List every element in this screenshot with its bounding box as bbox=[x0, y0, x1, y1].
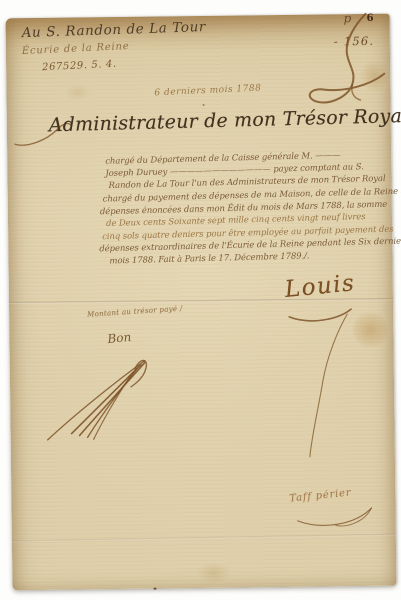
docket-paraph-flourish bbox=[289, 10, 392, 107]
receipt-paraph bbox=[43, 343, 148, 440]
ink-speck bbox=[153, 588, 156, 590]
countersignature-flourish bbox=[287, 500, 383, 535]
ink-speck bbox=[203, 104, 205, 106]
scanned-document-photo: Au S. Randon de La Tour Écurie de la Rei… bbox=[0, 0, 401, 600]
manuscript-paper: Au S. Randon de La Tour Écurie de la Rei… bbox=[6, 14, 397, 591]
royal-signature-flourish bbox=[275, 274, 387, 465]
